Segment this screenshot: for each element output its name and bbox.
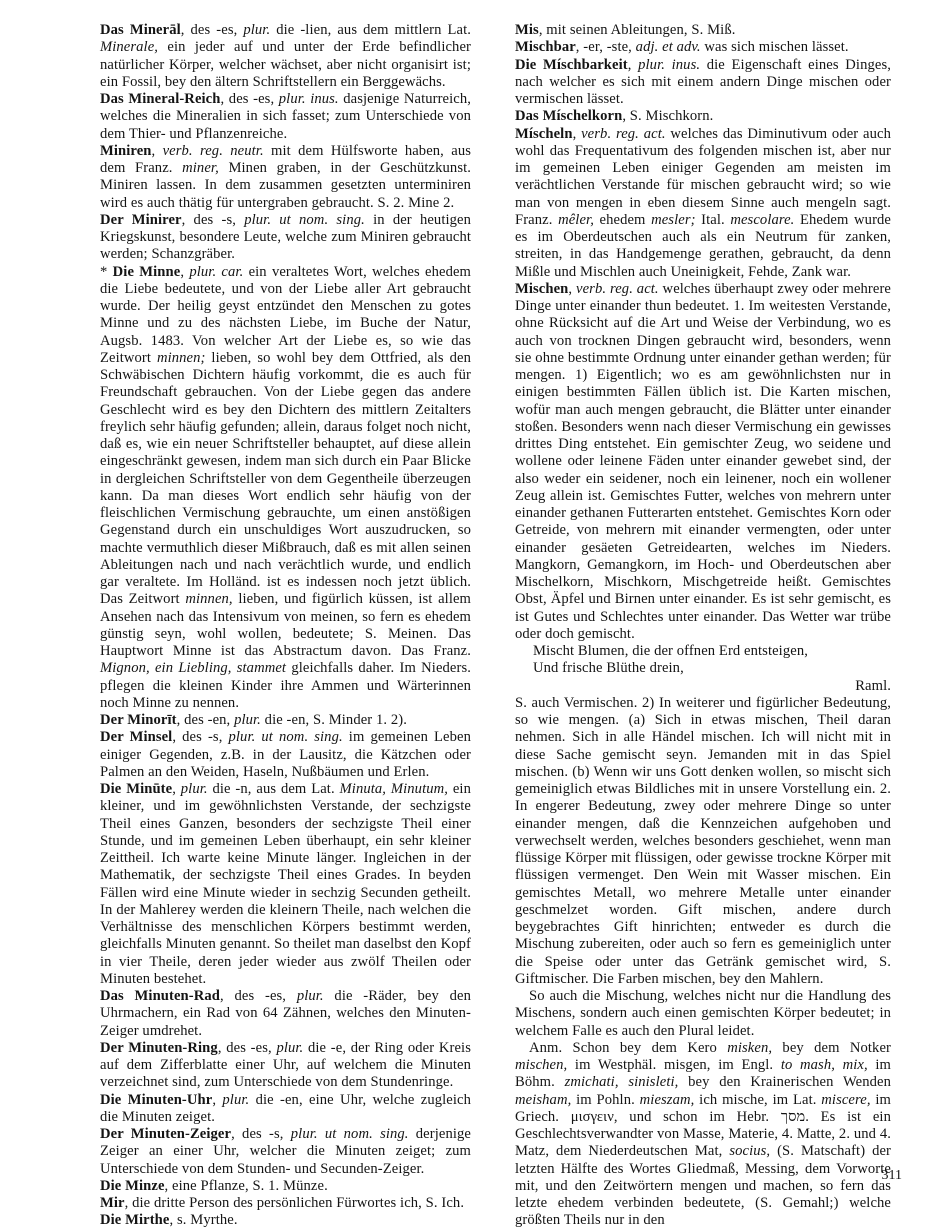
dictionary-entry: Der Minuten-Ring, des -es, plur. die -e,… (100, 1040, 471, 1092)
italic-text: zmichati, sinisleti, (565, 1074, 679, 1090)
headword: Das Mineral-Reich (100, 91, 220, 107)
italic-text: plur. inus. (638, 57, 700, 73)
headword: Das Minerāl (100, 22, 181, 38)
italic-text: plur. (243, 22, 270, 38)
italic-text: to mash, mix, (781, 1057, 868, 1073)
dictionary-entry: Die Míschbarkeit, plur. inus. die Eigens… (515, 57, 891, 109)
headword: Die Minze (100, 1178, 165, 1194)
dictionary-entry: Der Minorīt, des -en, plur. die -en, S. … (100, 712, 471, 729)
entry-continuation: S. auch Vermischen. 2) In weiterer und f… (515, 695, 891, 988)
italic-text: verb. reg. act. (576, 281, 659, 297)
headword: Die Minne (113, 264, 181, 280)
page-number: 311 (882, 1168, 902, 1184)
italic-text: plur. inus. (279, 91, 339, 107)
italic-text: plur. car. (189, 264, 243, 280)
headword: Mischbar (515, 39, 576, 55)
italic-text: Minerale, (100, 39, 158, 55)
dictionary-entry: * Die Minne, plur. car. ein veraltetes W… (100, 264, 471, 713)
dictionary-entry: Mis, mit seinen Ableitungen, S. Miß. (515, 22, 891, 39)
italic-text: plur. (234, 712, 261, 728)
italic-text: misken, (727, 1040, 772, 1056)
dictionary-entry: Der Minsel, des -s, plur. ut nom. sing. … (100, 729, 471, 781)
italic-text: mieszam, (640, 1092, 695, 1108)
italic-text: miscere, (821, 1092, 870, 1108)
italic-text: miner, (182, 160, 219, 176)
italic-text: adj. et adv. (636, 39, 701, 55)
dictionary-entry: Das Míschelkorn, S. Mischkorn. (515, 108, 891, 125)
italic-text: plur. ut nom. sing. (291, 1126, 409, 1142)
italic-text: verb. reg. neutr. (163, 143, 264, 159)
left-column: Das Minerāl, des -es, plur. die -lien, a… (100, 22, 471, 1230)
headword: Der Minsel (100, 729, 172, 745)
dictionary-entry: Mischbar, -er, -ste, adj. et adv. was si… (515, 39, 891, 56)
dictionary-entry: Die Minuten-Uhr, plur. die -en, eine Uhr… (100, 1092, 471, 1127)
dictionary-entry: Miniren, verb. reg. neutr. mit dem Hülfs… (100, 143, 471, 212)
headword: Das Minuten-Rad (100, 988, 220, 1004)
italic-text: mesler; (651, 212, 695, 228)
headword: Das Míschelkorn (515, 108, 622, 124)
italic-text: verb. reg. act. (581, 126, 665, 142)
italic-text: mescolare. (730, 212, 794, 228)
italic-text: meisham, (515, 1092, 571, 1108)
headword: Der Minuten-Zeiger (100, 1126, 231, 1142)
headword: Míscheln (515, 126, 573, 142)
italic-text: mêler, (558, 212, 594, 228)
right-column: Mis, mit seinen Ableitungen, S. Miß.Misc… (515, 22, 891, 1230)
headword: Die Míschbarkeit (515, 57, 628, 73)
headword: Mischen (515, 281, 568, 297)
poem-line: Mischt Blumen, die der offnen Erd entste… (515, 643, 891, 660)
entry-remark: Anm. Schon bey dem Kero misken, bey dem … (515, 1040, 891, 1230)
dictionary-entry: Mischen, verb. reg. act. welches überhau… (515, 281, 891, 643)
italic-text: minnen, (185, 591, 232, 607)
headword: Die Minuten-Uhr (100, 1092, 212, 1108)
headword: Miniren (100, 143, 152, 159)
dictionary-entry: Das Minuten-Rad, des -es, plur. die -Räd… (100, 988, 471, 1040)
headword: Der Minorīt (100, 712, 177, 728)
italic-text: plur. ut nom. sing. (244, 212, 365, 228)
italic-text: plur. (222, 1092, 249, 1108)
italic-text: plur. (297, 988, 324, 1004)
dictionary-entry: Der Minirer, des -s, plur. ut nom. sing.… (100, 212, 471, 264)
italic-text: plur. (276, 1040, 303, 1056)
headword: Mir (100, 1195, 125, 1211)
dictionary-entry: Die Mirthe, s. Myrthe. (100, 1212, 471, 1229)
dictionary-entry: Das Minerāl, des -es, plur. die -lien, a… (100, 22, 471, 91)
headword: Der Minirer (100, 212, 182, 228)
dictionary-entry: Der Minuten-Zeiger, des -s, plur. ut nom… (100, 1126, 471, 1178)
poem-line: Und frische Blüthe drein, (515, 660, 891, 677)
headword: Mis (515, 22, 539, 38)
poem-attribution: Raml. (515, 678, 891, 695)
italic-text: plur. (181, 781, 208, 797)
headword: Der Minuten-Ring (100, 1040, 218, 1056)
dictionary-page: Das Minerāl, des -es, plur. die -lien, a… (0, 0, 935, 1210)
italic-text: socius, (729, 1143, 770, 1159)
dictionary-entry: Die Minze, eine Pflanze, S. 1. Münze. (100, 1178, 471, 1195)
two-column-text-block: Das Minerāl, des -es, plur. die -lien, a… (0, 0, 935, 1230)
headword: Die Mirthe (100, 1212, 169, 1228)
italic-text: minnen; (157, 350, 206, 366)
dictionary-entry: Das Mineral-Reich, des -es, plur. inus. … (100, 91, 471, 143)
italic-text: Mignon, ein Liebling, stammet (100, 660, 286, 676)
italic-text: Minuta, Minutum, (340, 781, 448, 797)
entry-continuation: So auch die Mischung, welches nicht nur … (515, 988, 891, 1040)
dictionary-entry: Die Minūte, plur. die -n, aus dem Lat. M… (100, 781, 471, 988)
headword: Die Minūte (100, 781, 172, 797)
italic-text: mischen, (515, 1057, 567, 1073)
italic-text: plur. ut nom. sing. (229, 729, 343, 745)
dictionary-entry: Míscheln, verb. reg. act. welches das Di… (515, 126, 891, 281)
